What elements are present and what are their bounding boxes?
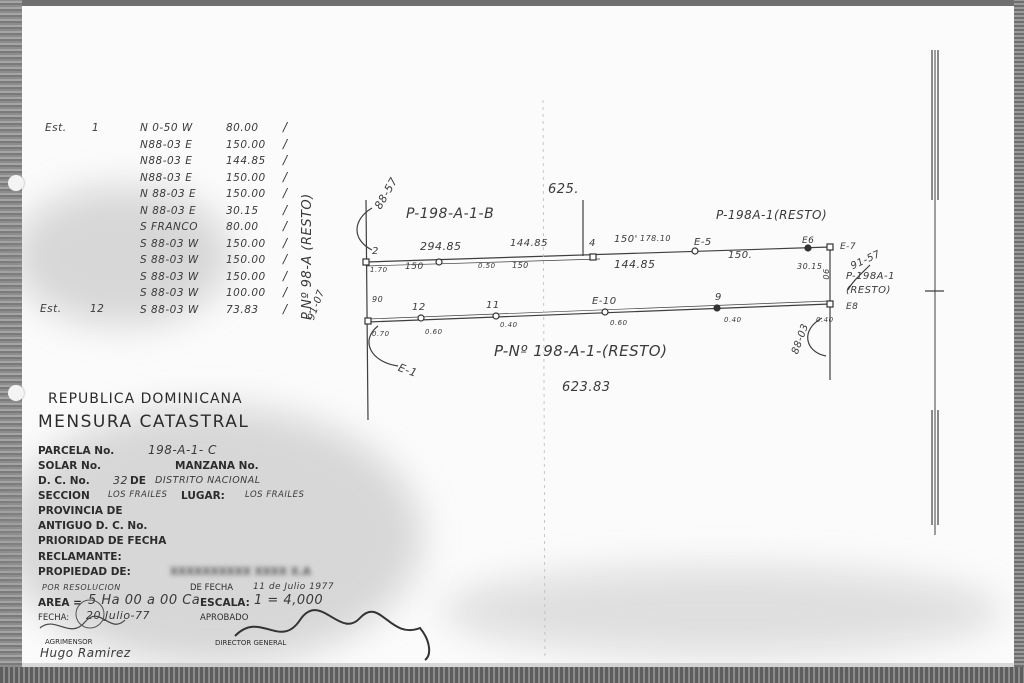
seal-mark	[76, 600, 104, 628]
director-signature	[235, 610, 429, 660]
signatures	[0, 0, 1024, 683]
agrimensor-initials	[40, 616, 125, 629]
